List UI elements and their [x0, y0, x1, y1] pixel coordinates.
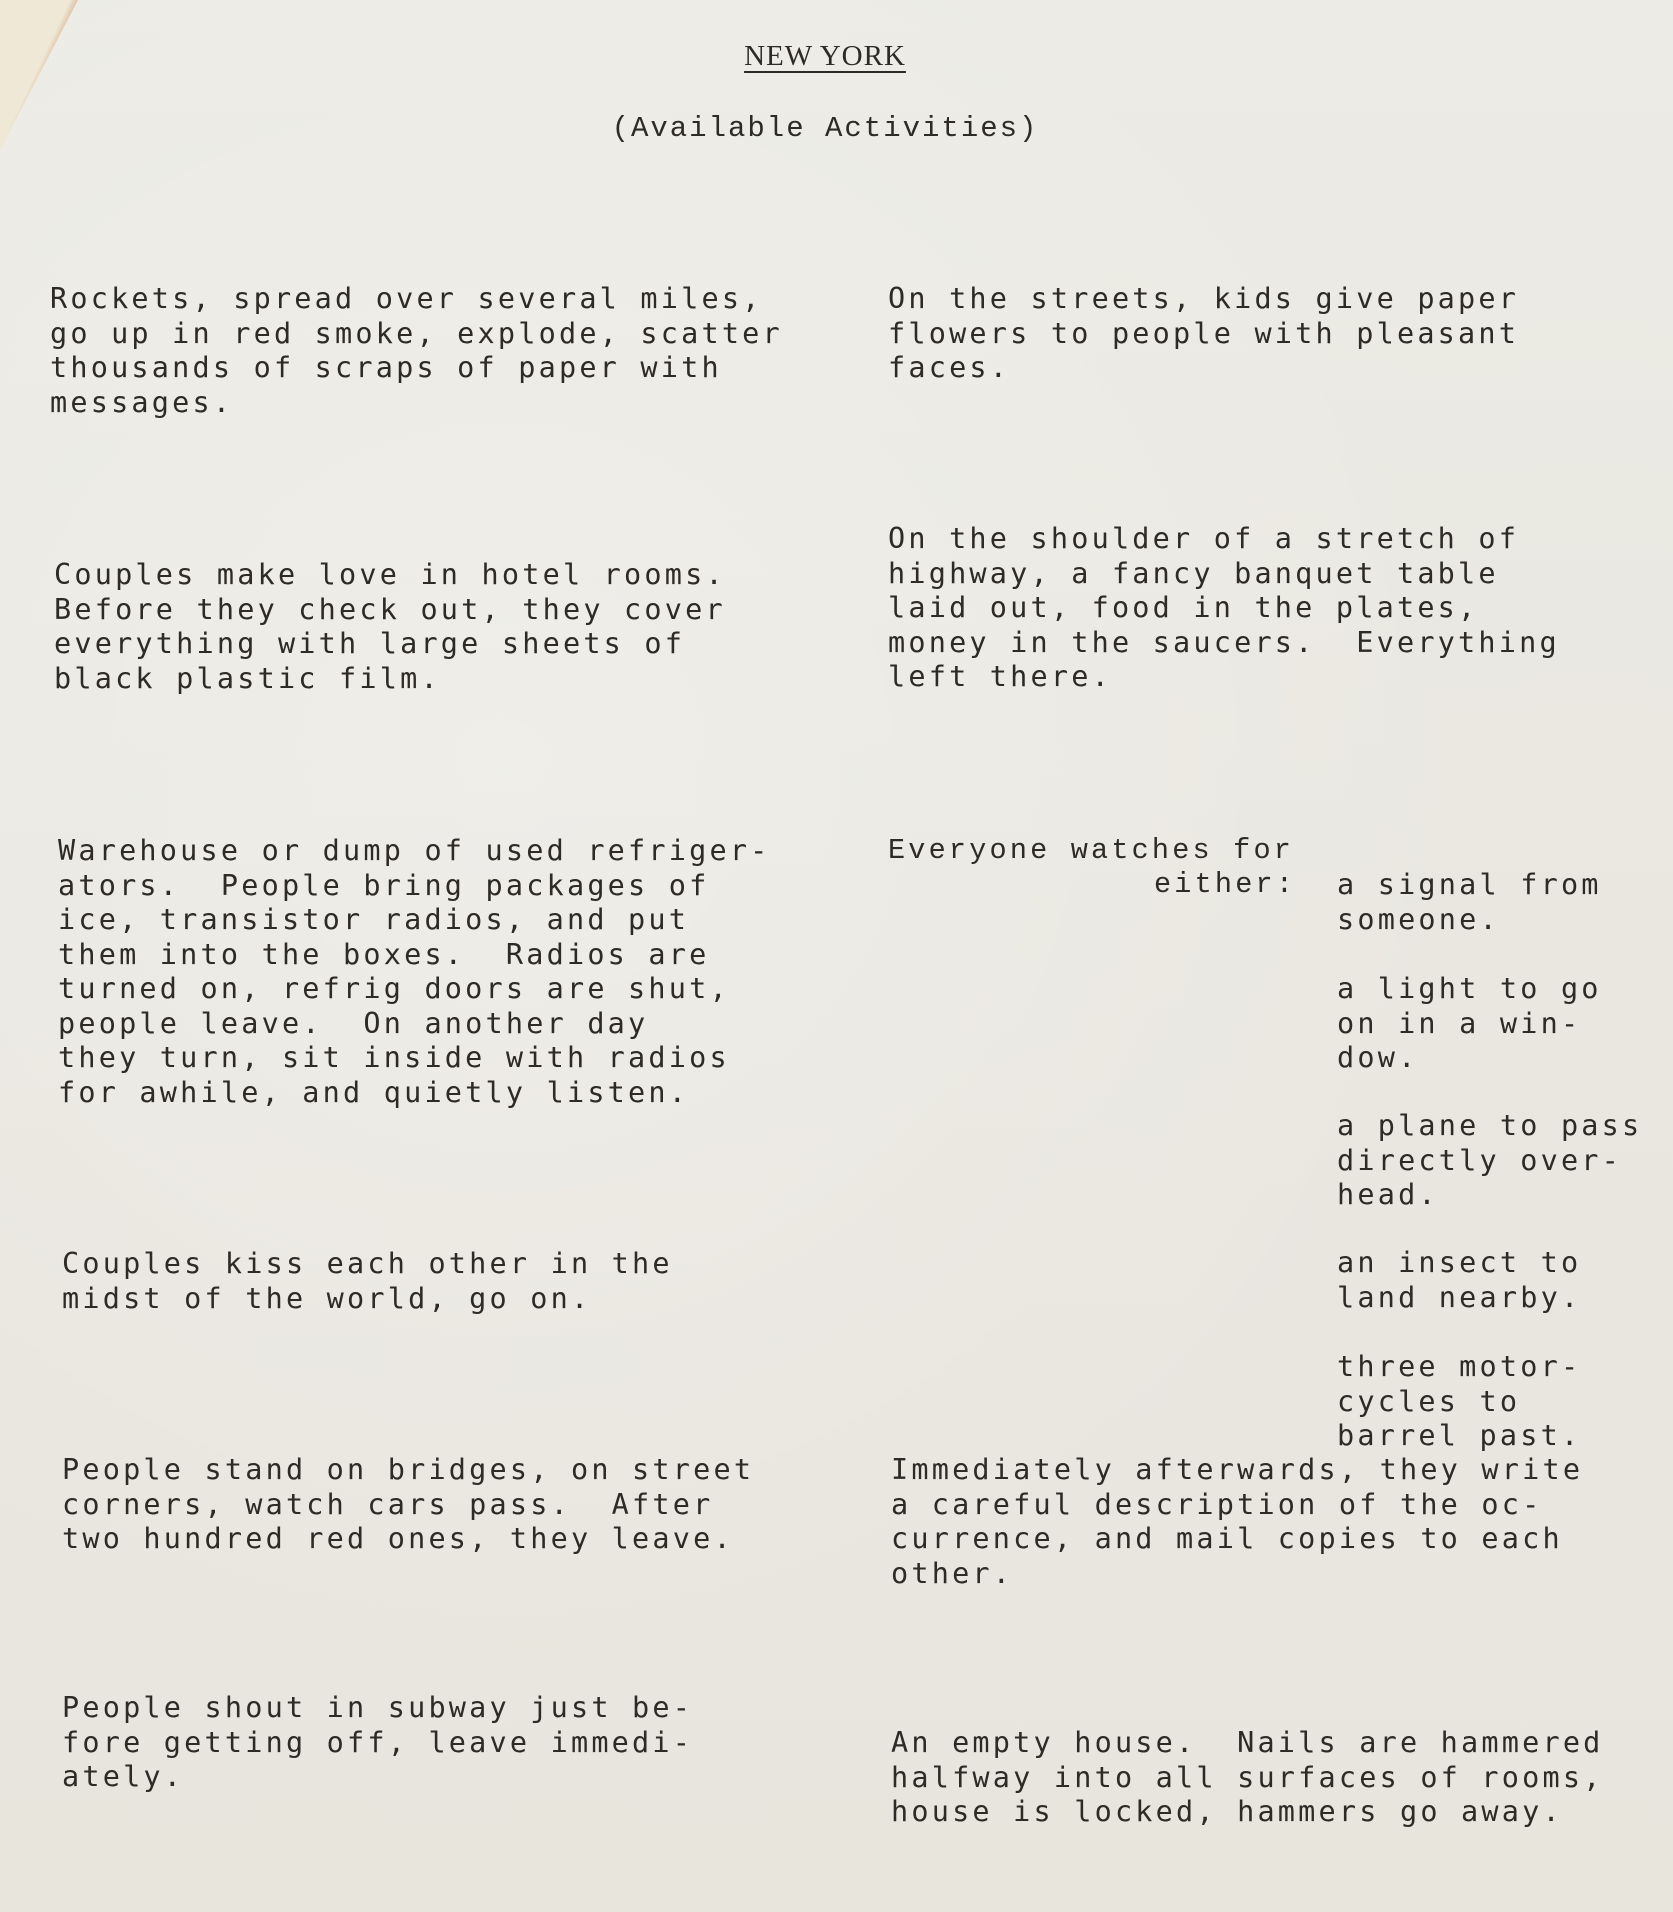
watch-option-light: a light to go on in a win- dow. — [1337, 972, 1602, 1076]
page-subtitle: (Available Activities) — [0, 112, 1650, 145]
activity-rockets: Rockets, spread over several miles, go u… — [50, 282, 783, 420]
watch-option-motorcycles: three motor- cycles to barrel past. — [1337, 1350, 1581, 1454]
activity-paper-flowers: On the streets, kids give paper flowers … — [888, 282, 1519, 386]
page-title: NEW YORK — [0, 40, 1650, 73]
activity-banquet-table: On the shoulder of a stretch of highway,… — [888, 522, 1560, 695]
watches-either-label: either: — [1154, 868, 1296, 903]
activity-refrigerators: Warehouse or dump of used refriger- ator… — [58, 834, 771, 1110]
watches-intro: Everyone watches for — [888, 834, 1294, 869]
watch-option-signal: a signal from someone. — [1337, 868, 1602, 937]
activity-subway-shout: People shout in subway just be- fore get… — [62, 1691, 693, 1795]
watches-conclusion: Immediately afterwards, they write a car… — [891, 1453, 1583, 1591]
activity-bridges: People stand on bridges, on street corne… — [62, 1453, 754, 1557]
activity-hotel-rooms: Couples make love in hotel rooms. Before… — [54, 558, 726, 696]
activity-couples-kiss: Couples kiss each other in the midst of … — [62, 1247, 673, 1316]
watch-option-insect: an insect to land nearby. — [1337, 1246, 1581, 1315]
typewritten-page: NEW YORK (Available Activities) Rockets,… — [0, 0, 1673, 1912]
watch-option-plane: a plane to pass directly over- head. — [1337, 1109, 1642, 1213]
activity-empty-house: An empty house. Nails are hammered halfw… — [891, 1726, 1604, 1830]
